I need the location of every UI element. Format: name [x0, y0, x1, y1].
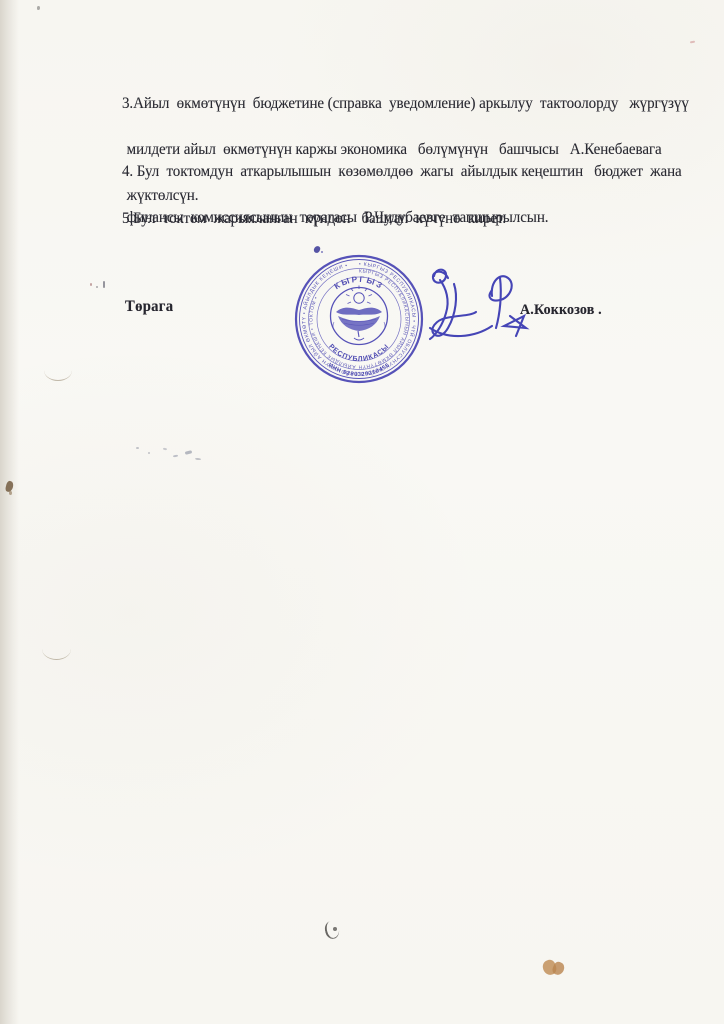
dark-speck-left-edge-tail — [9, 491, 12, 495]
smudge-speck — [148, 452, 150, 454]
smudge-speck — [136, 447, 139, 449]
handwritten-signature — [414, 262, 546, 356]
smudge-speck — [173, 455, 178, 458]
faint-pink-dash-right — [690, 41, 695, 44]
scanned-document-page: 3.Айыл өкмөтүнүн бюджетине (справка увед… — [0, 0, 724, 1024]
paragraph-4-line-1: 4. Бул токтомдун аткарылышын көзөмөлдөө … — [122, 164, 680, 179]
stamp-emblem — [331, 286, 388, 345]
smudge-speck — [185, 450, 193, 455]
crescent-mark-dot — [333, 927, 337, 931]
smudge-speck — [195, 458, 201, 461]
faint-pencil-arc-lower — [42, 638, 71, 660]
smudge-speck — [163, 448, 167, 451]
faint-pencil-arc-upper — [44, 360, 72, 381]
ink-dot-above-stamp-small — [321, 251, 323, 253]
speck-top-left — [37, 6, 40, 10]
tiny-speck — [90, 283, 92, 286]
crescent-mark-bottom-center — [323, 920, 340, 941]
paragraph-5: 5.Бул токтом жарыяланган күндөн баштап к… — [122, 181, 680, 257]
chairman-title: Төрага — [125, 298, 173, 316]
stamp-outer-circle — [296, 256, 422, 382]
paragraph-5-line-1: 5.Бул токтом жарыяланган күндөн баштап к… — [122, 211, 680, 226]
official-stamp: • КЫРГЫЗ РЕСПУБЛИКАСЫ • ЧҮЙ ОБЛУСУНУН ЖА… — [292, 252, 426, 386]
scan-edge-shadow — [0, 0, 19, 1024]
paragraph-3-line-1: 3.Айыл өкмөтүнүн бюджетине (справка увед… — [122, 96, 680, 111]
tiny-speck — [96, 286, 98, 288]
document-body: 3.Айыл өкмөтүнүн бюджетине (справка увед… — [122, 0, 680, 76]
tiny-speck — [103, 281, 105, 288]
